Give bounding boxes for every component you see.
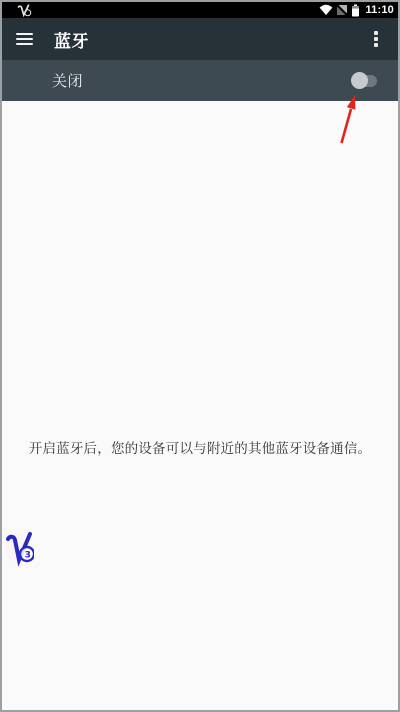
battery-icon <box>351 4 360 17</box>
hamburger-menu-icon[interactable] <box>16 33 33 46</box>
content-area: 开启蓝牙后，您的设备可以与附近的其他蓝牙设备通信。 3 <box>2 101 398 712</box>
no-signal-icon <box>336 4 348 16</box>
bluetooth-toggle[interactable] <box>351 72 377 89</box>
toggle-state-label: 关闭 <box>52 70 83 91</box>
toggle-thumb <box>351 72 368 89</box>
bluetooth-toggle-row[interactable]: 关闭 <box>2 60 398 101</box>
bluetooth-settings-screen: 11:10 蓝牙 关闭 开启蓝牙后，您的设备可以与附近的其他蓝牙设备通信。 3 <box>0 0 400 712</box>
watermark-v-icon <box>17 4 32 17</box>
wifi-icon <box>319 4 333 16</box>
status-bar: 11:10 <box>2 2 398 18</box>
page-title: 蓝牙 <box>54 27 89 52</box>
svg-text:3: 3 <box>25 551 31 561</box>
status-time: 11:10 <box>365 2 394 18</box>
bluetooth-hint-text: 开启蓝牙后，您的设备可以与附近的其他蓝牙设备通信。 <box>2 437 398 457</box>
overflow-menu-icon[interactable] <box>366 29 386 49</box>
watermark-v-logo: 3 <box>4 531 34 567</box>
app-bar: 蓝牙 <box>2 18 398 60</box>
